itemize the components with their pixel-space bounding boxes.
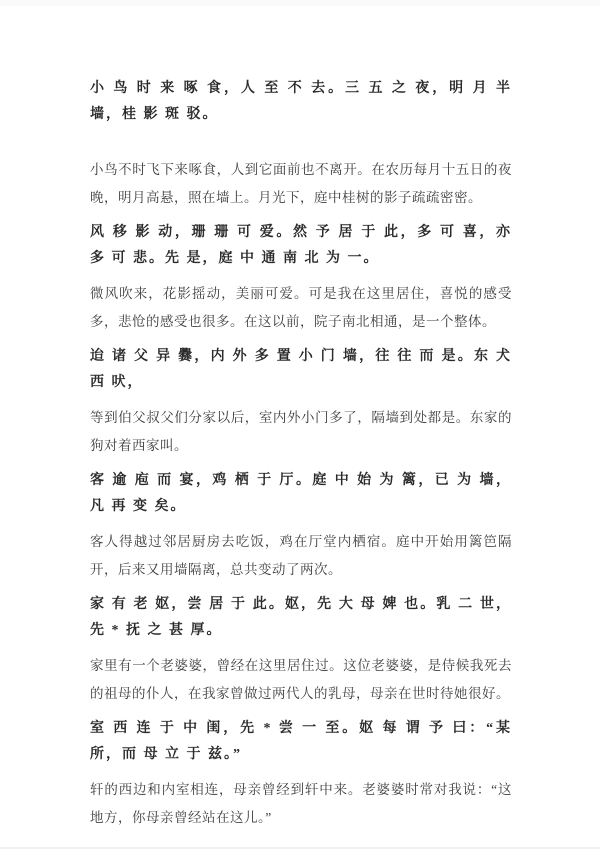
translation-2: 微风吹来，花影摇动，美丽可爱。可是我在这里居住，喜悦的感受多，悲怆的感受也很多。… xyxy=(90,280,512,336)
translation-3: 等到伯父叔父们分家以后，室内外小门多了，隔墙到处都是。东家的狗对着西家叫。 xyxy=(90,404,512,460)
page-top-edge xyxy=(0,0,600,6)
classical-excerpt-2: 风 移 影 动，珊 珊 可 爱。然 予 居 于 此，多 可 喜，亦 多 可 悲。… xyxy=(90,220,512,272)
classical-excerpt-6: 室 西 连 于 中 闺，先 * 尝 一 至。妪 每 谓 予 曰：“某 所，而 母… xyxy=(90,716,512,768)
translation-5: 家里有一个老婆婆，曾经在这里居住过。这位老婆婆，是侍候我死去的祖母的仆人，在我家… xyxy=(90,652,512,708)
translation-6: 轩的西边和内室相连，母亲曾经到轩中来。老婆婆时常对我说：“这地方，你母亲曾经站在… xyxy=(90,776,512,832)
translation-4: 客人得越过邻居厨房去吃饭，鸡在厅堂内栖宿。庭中开始用篱笆隔开，后来又用墙隔离，总… xyxy=(90,528,512,584)
translation-1: 小鸟不时飞下来啄食，人到它面前也不离开。在农历每月十五日的夜晚，明月高悬，照在墙… xyxy=(90,156,512,212)
document-page: 小 鸟 时 来 啄 食，人 至 不 去。三 五 之 夜，明 月 半 墙，桂 影 … xyxy=(0,0,600,832)
classical-excerpt-1: 小 鸟 时 来 啄 食，人 至 不 去。三 五 之 夜，明 月 半 墙，桂 影 … xyxy=(90,76,512,128)
classical-excerpt-3: 迨 诸 父 异 爨，内 外 多 置 小 门 墙，往 往 而 是。东 犬 西 吠， xyxy=(90,344,512,396)
classical-excerpt-4: 客 逾 庖 而 宴，鸡 栖 于 厅。庭 中 始 为 篱，已 为 墙，凡 再 变 … xyxy=(90,468,512,520)
classical-excerpt-5: 家 有 老 妪，尝 居 于 此。妪，先 大 母 婢 也。乳 二 世，先 * 抚 … xyxy=(90,592,512,644)
